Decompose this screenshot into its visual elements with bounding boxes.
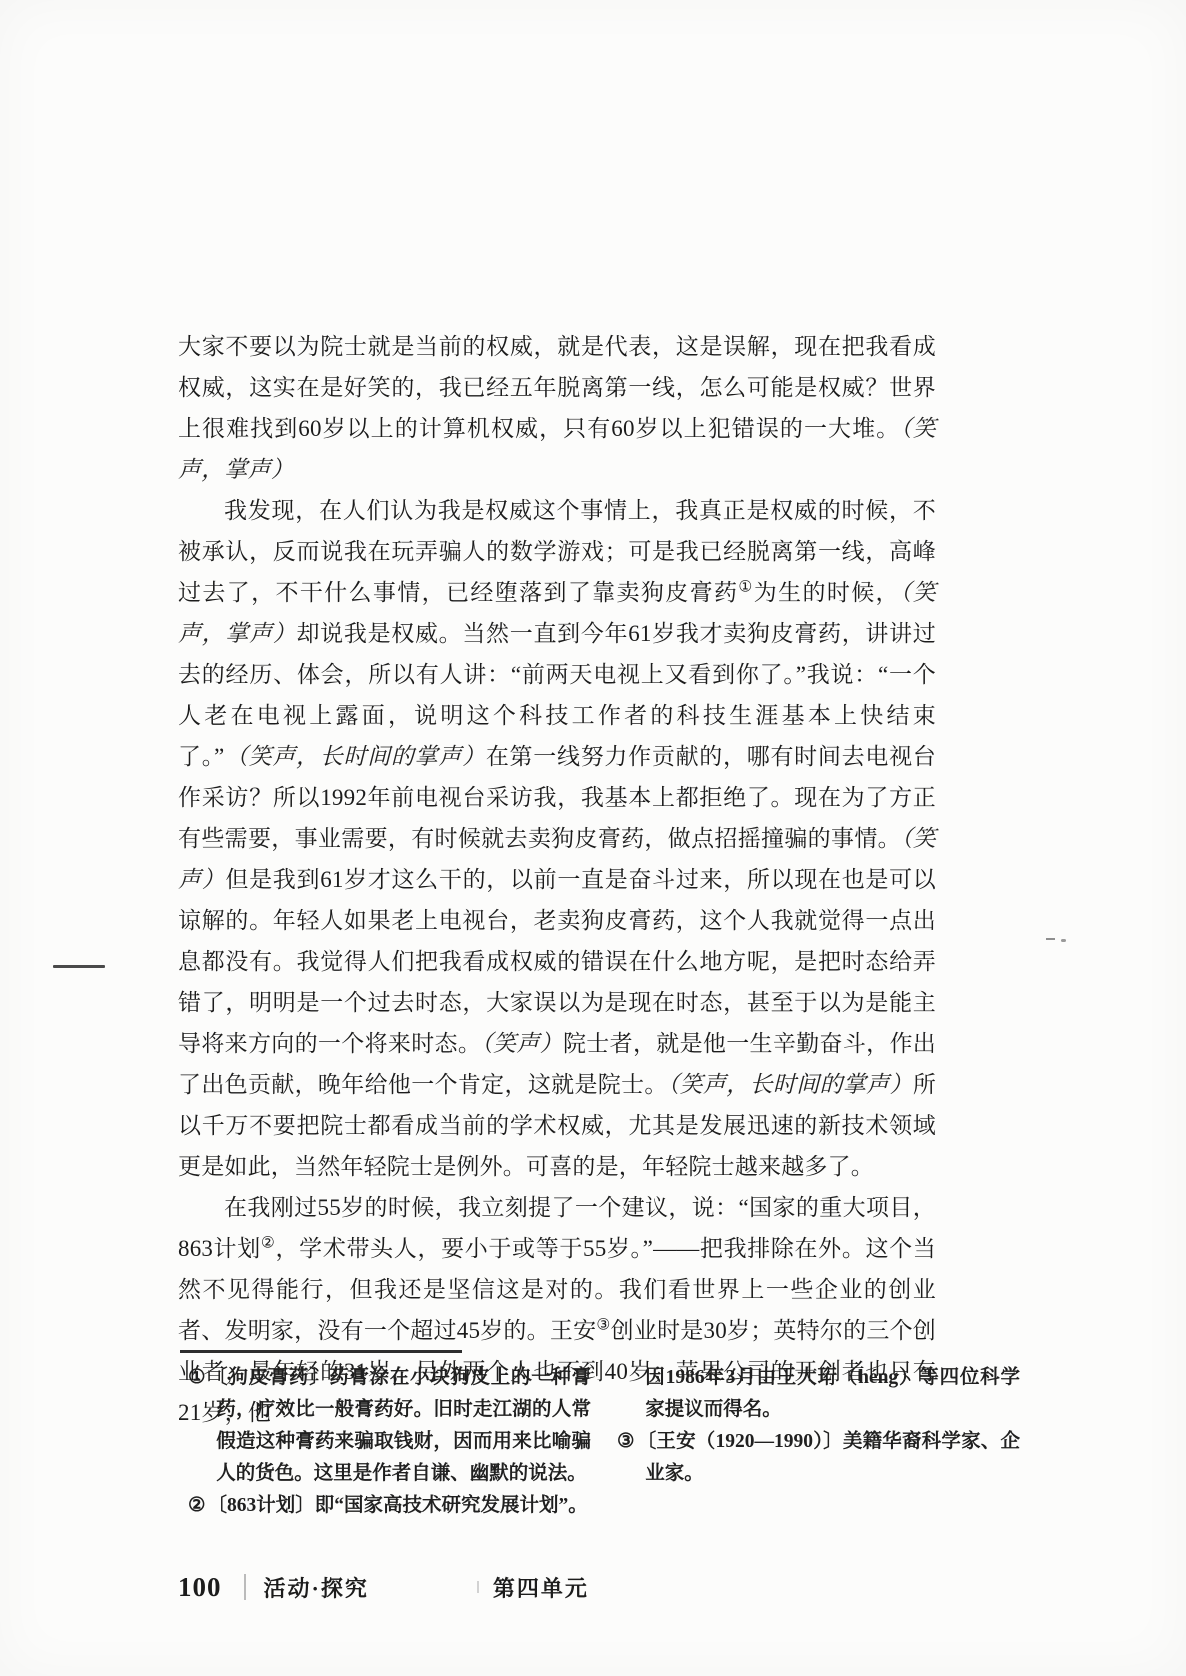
- footnote-item: 因1986年3月由王大珩（héng）等四位科学家提议而得名。: [617, 1362, 1020, 1426]
- footer-divider-2: [477, 1581, 479, 1593]
- footnote-ref: ③: [596, 1316, 610, 1333]
- paragraph: 我发现，在人们认为我是权威这个事情上，我真正是权威的时候，不被承认，反而说我在玩…: [178, 490, 936, 1187]
- text-run: 大家不要以为院士就是当前的权威，就是代表，这是误解，现在把我看成权威，这实在是好…: [178, 334, 936, 441]
- footnote-text: 〔王安（1920—1990）〕美籍华裔科学家、企业家。: [637, 1431, 1020, 1484]
- right-margin-dash: [1046, 938, 1055, 940]
- footnote-divider: [180, 1350, 462, 1353]
- right-margin-dot: [1061, 939, 1066, 942]
- footnote-col-2: 因1986年3月由王大珩（héng）等四位科学家提议而得名。③〔王安（1920—…: [617, 1362, 1020, 1522]
- stage-direction: （笑声）: [481, 1031, 563, 1056]
- left-margin-mark: [53, 965, 105, 968]
- body-text: 大家不要以为院士就是当前的权威，就是代表，这是误解，现在把我看成权威，这实在是好…: [178, 326, 936, 1433]
- footer-divider: [244, 1574, 246, 1600]
- footnote-col-1: ①〔狗皮膏药〕药膏涂在小块狗皮上的一种膏药，疗效比一般膏药好。旧时走江湖的人常假…: [188, 1362, 591, 1522]
- document-page: 大家不要以为院士就是当前的权威，就是代表，这是误解，现在把我看成权威，这实在是好…: [0, 0, 1186, 1676]
- text-run: 为生的时候，: [754, 580, 900, 605]
- footnote-item: ①〔狗皮膏药〕药膏涂在小块狗皮上的一种膏药，疗效比一般膏药好。旧时走江湖的人常假…: [188, 1362, 591, 1490]
- right-margin-mark: [1046, 936, 1072, 942]
- footnote-text: 〔863计划〕即“国家高技术研究发展计划”。: [207, 1495, 587, 1516]
- footnotes-block: ①〔狗皮膏药〕药膏涂在小块狗皮上的一种膏药，疗效比一般膏药好。旧时走江湖的人常假…: [188, 1362, 1020, 1522]
- footnote-ref: ①: [738, 578, 753, 595]
- footnote-text: 〔狗皮膏药〕药膏涂在小块狗皮上的一种膏药，疗效比一般膏药好。旧时走江湖的人常假造…: [208, 1367, 591, 1484]
- footnote-marker: ①: [188, 1367, 206, 1388]
- paragraph: 大家不要以为院士就是当前的权威，就是代表，这是误解，现在把我看成权威，这实在是好…: [178, 326, 936, 490]
- stage-direction: （笑声，长时间的掌声）: [668, 1072, 913, 1097]
- footnote-item: ②〔863计划〕即“国家高技术研究发展计划”。: [188, 1490, 591, 1522]
- stage-direction: （笑声，长时间的掌声）: [224, 744, 485, 769]
- page-footer: 100 活动·探究 第四单元: [178, 1567, 938, 1607]
- text-run: 但是我到61岁才这么干的，以前一直是奋斗过来，所以现在也是可以谅解的。年轻人如果…: [178, 867, 936, 1056]
- footnote-text: 因1986年3月由王大珩（héng）等四位科学家提议而得名。: [645, 1367, 1020, 1420]
- footer-unit-label: 第四单元: [493, 1572, 589, 1603]
- footnote-ref: ②: [261, 1234, 276, 1251]
- footnote-marker: ③: [617, 1431, 635, 1452]
- footnote-marker: ②: [188, 1495, 205, 1516]
- page-number: 100: [178, 1572, 222, 1603]
- footnote-item: ③〔王安（1920—1990）〕美籍华裔科学家、企业家。: [617, 1426, 1020, 1490]
- footer-section-label: 活动·探究: [264, 1572, 369, 1603]
